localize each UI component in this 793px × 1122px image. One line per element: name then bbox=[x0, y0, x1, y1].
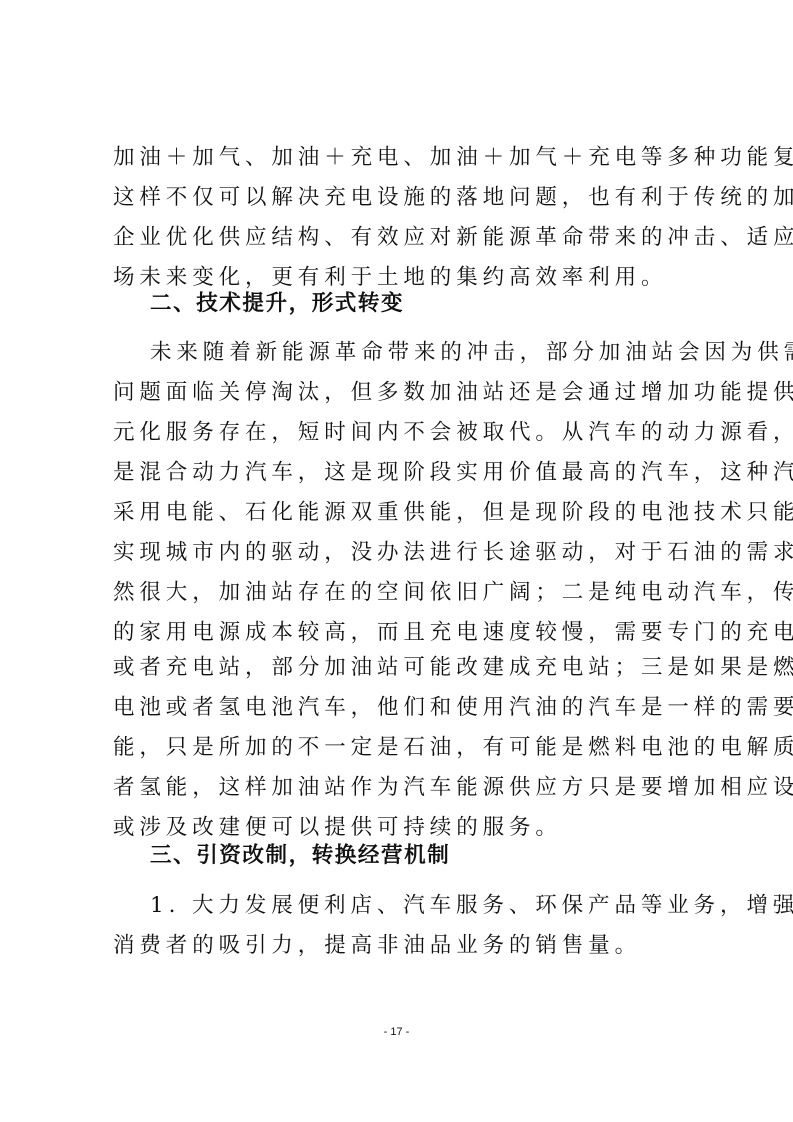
section-heading-3: 三、引资改制，转换经营机制 bbox=[150, 843, 450, 869]
paragraph-line: 加油＋加气、加油＋充电、加油＋加气＋充电等多种功能复合； bbox=[113, 145, 693, 171]
paragraph-line: 问题面临关停淘汰，但多数加油站还是会通过增加功能提供多 bbox=[113, 380, 693, 406]
paragraph-line: 采用电能、石化能源双重供能，但是现阶段的电池技术只能够 bbox=[113, 500, 693, 526]
paragraph-line: 消费者的吸引力，提高非油品业务的销售量。 bbox=[113, 933, 693, 959]
paragraph-line: 的家用电源成本较高，而且充电速度较慢，需要专门的充电桩 bbox=[113, 620, 693, 646]
paragraph-line: 1. 大力发展便利店、汽车服务、环保产品等业务，增强对 bbox=[150, 893, 693, 919]
paragraph-line: 未来随着新能源革命带来的冲击，部分加油站会因为供需 bbox=[150, 340, 693, 366]
section-heading-2: 二、技术提升，形式转变 bbox=[150, 291, 404, 317]
paragraph-line: 场未来变化，更有利于土地的集约高效率利用。 bbox=[113, 265, 693, 291]
paragraph-line: 这样不仅可以解决充电设施的落地问题，也有利于传统的加油 bbox=[113, 185, 693, 211]
paragraph-line: 或涉及改建便可以提供可持续的服务。 bbox=[113, 815, 693, 841]
paragraph-line: 电池或者氢电池汽车，他们和使用汽油的汽车是一样的需要充 bbox=[113, 695, 693, 721]
paragraph-line: 实现城市内的驱动，没办法进行长途驱动，对于石油的需求依 bbox=[113, 540, 693, 566]
document-page: 加油＋加气、加油＋充电、加油＋加气＋充电等多种功能复合； 这样不仅可以解决充电设… bbox=[0, 0, 793, 1122]
paragraph-line: 者氢能，这样加油站作为汽车能源供应方只是要增加相应设施 bbox=[113, 775, 693, 801]
paragraph-line: 元化服务存在，短时间内不会被取代。从汽车的动力源看，一 bbox=[113, 420, 693, 446]
paragraph-line: 然很大，加油站存在的空间依旧广阔；二是纯电动汽车，传统 bbox=[113, 580, 693, 606]
page-number: - 17 - bbox=[0, 1026, 793, 1038]
paragraph-line: 企业优化供应结构、有效应对新能源革命带来的冲击、适应市 bbox=[113, 225, 693, 251]
paragraph-line: 能，只是所加的不一定是石油，有可能是燃料电池的电解质或 bbox=[113, 735, 693, 761]
paragraph-line: 或者充电站，部分加油站可能改建成充电站；三是如果是燃料 bbox=[113, 655, 693, 681]
paragraph-line: 是混合动力汽车，这是现阶段实用价值最高的汽车，这种汽车 bbox=[113, 460, 693, 486]
